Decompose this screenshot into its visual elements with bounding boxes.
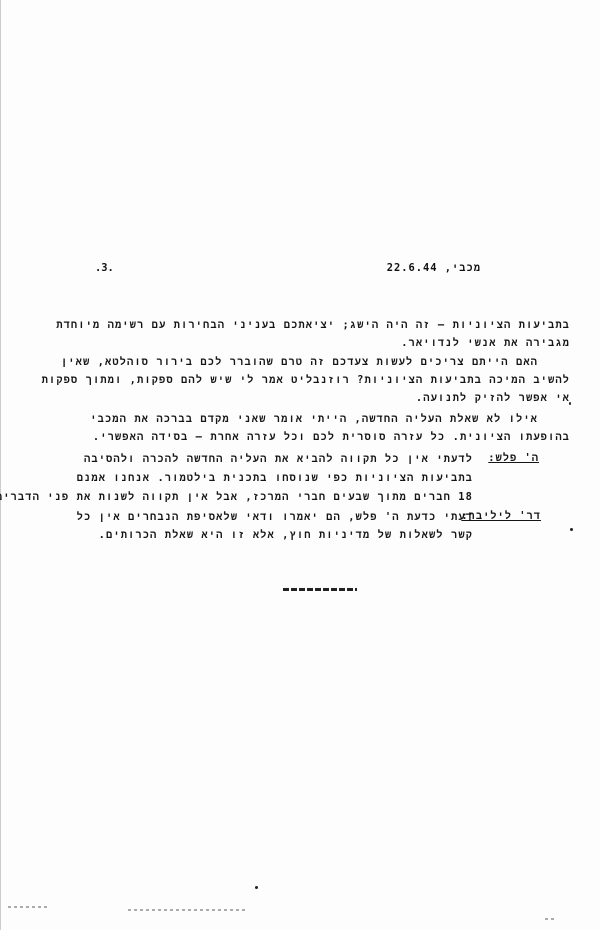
scan-noise	[8, 906, 48, 908]
paragraph-3-line-2: בהופעתו הציונית. כל עזרה סוסרית לכם וכל …	[93, 430, 570, 444]
scan-noise	[545, 918, 555, 920]
page-number: .3.	[95, 262, 114, 274]
paragraph-2-line-1: האם הייתם צריכים לעשות צעדכם זה טרם שהוב…	[61, 355, 538, 369]
paragraph-2-line-2: להשיב המיכה בתביעות הציוניות? רוזנבליט א…	[42, 373, 570, 387]
scan-noise	[128, 909, 248, 911]
scan-speck	[569, 402, 571, 405]
place-date-header: מכבי, 22.6.44	[387, 262, 481, 275]
scan-speck	[570, 528, 573, 531]
statement-1-line-2: בתביעות הציוניות כפי שנוסחו בתכנית בילטמ…	[77, 471, 473, 485]
speaker-label-lilber: דר' ליליבר:	[461, 510, 541, 523]
statement-2-line-1: דעתי כדעת ה' פלש, הם יאמרו ודאי שלאסיפת …	[77, 510, 473, 524]
statement-2-line-2: קשר לשאלות של מדיניות חוץ, אלא זו היא שא…	[99, 528, 473, 542]
paragraph-1-line-2: מגבירה את אנשי לנדויאר.	[401, 336, 570, 350]
statement-1-line-1: לדעתי אין כל תקווה להביא את העליה החדשה …	[84, 452, 473, 466]
scan-speck	[255, 886, 258, 889]
paragraph-1-line-1: בתביעות הציוניות – זה היה הישג; יציאתכם …	[56, 318, 570, 332]
paragraph-2-line-3: אי אפשר להזיק לתנועה.	[416, 391, 570, 405]
paragraph-3-line-1: אילו לא שאלת העליה החדשה, הייתי אומר שאנ…	[90, 412, 538, 426]
speaker-label-pelesh: ה' פלש:	[488, 452, 539, 465]
statement-1-line-3: 18 חברים מתוך שבעים חברי המרכז, אבל אין …	[0, 490, 473, 504]
document-page: מכבי, 22.6.44 .3. בתביעות הציוניות – זה …	[0, 0, 600, 930]
page-edge	[0, 0, 1, 930]
section-separator	[283, 588, 357, 591]
